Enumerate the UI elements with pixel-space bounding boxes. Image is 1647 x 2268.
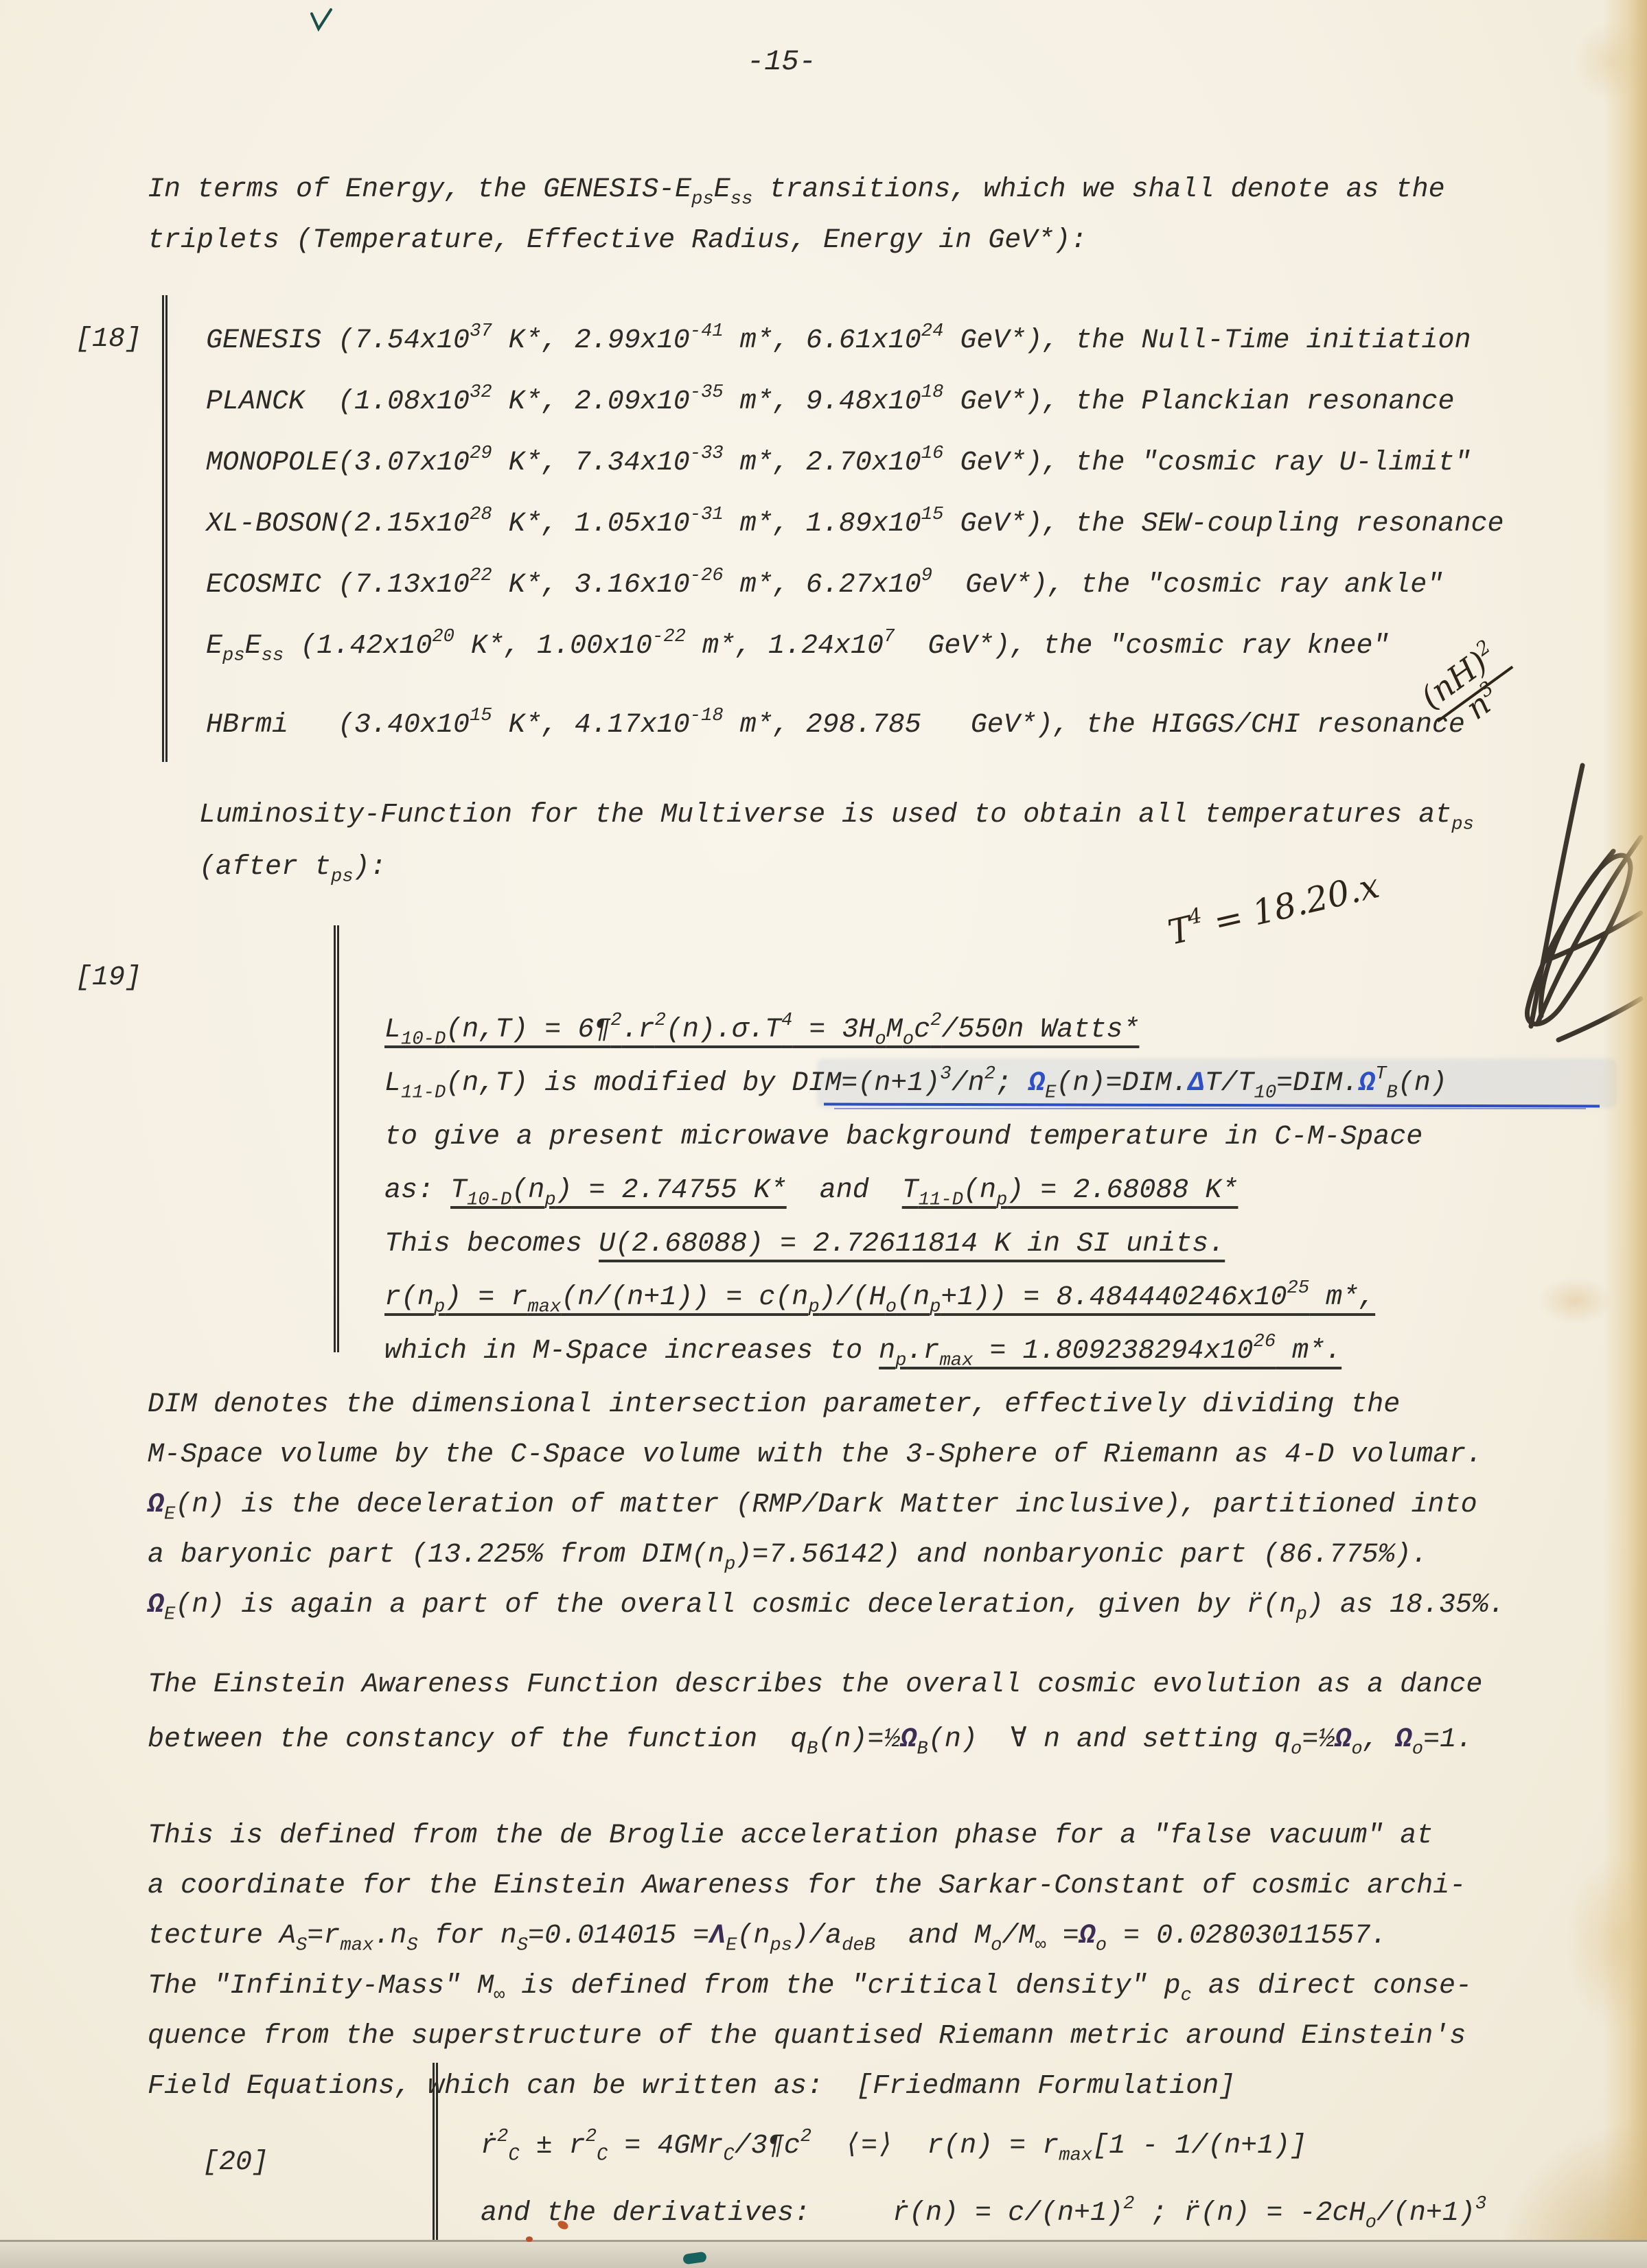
text-line: ΩE(n) is again a part of the overall cos… — [148, 1580, 1505, 1630]
text-line: HBrmi (3.40x1015 K*, 4.17x10-18 m*, 298.… — [206, 695, 1504, 756]
equation-block-20: ṙ2C ± r2C = 4GMrC/3¶c2 ⟨=⟩ r(n) = rmax[1… — [481, 2113, 1486, 2247]
einstein-paragraph: The Einstein Awareness Function describe… — [148, 1658, 1482, 1768]
text-line: tecture AS=rmax.nS for nS=0.014015 =ΛE(n… — [148, 1911, 1472, 1961]
double-rule-18 — [162, 295, 168, 762]
text-line: and the derivatives: ṙ(n) = c/(n+1)2 ; r… — [481, 2180, 1486, 2247]
text-line: Luminosity-Function for the Multiverse i… — [199, 789, 1474, 842]
page-number: -15- — [747, 45, 816, 78]
text-line: which in M-Space increases to np.rmax = … — [384, 1325, 1447, 1378]
text-line: This becomes U(2.68088) = 2.72611814 K i… — [384, 1218, 1447, 1271]
paper-stain — [1538, 1277, 1613, 1325]
text-line: to give a present microwave background t… — [384, 1111, 1447, 1164]
blue-pen-underline — [834, 1108, 1586, 1109]
ink-speck — [526, 2236, 533, 2242]
text-line: MONOPOLE(3.07x1029 K*, 7.34x10-33 m*, 2.… — [206, 432, 1504, 494]
text-line: r(np) = rmax(n/(n+1)) = c(np)/(Ho(np+1))… — [384, 1271, 1447, 1325]
text-line: Field Equations, which can be written as… — [148, 2061, 1472, 2111]
page-edge — [1603, 0, 1647, 2268]
text-line: The Einstein Awareness Function describe… — [148, 1658, 1482, 1713]
check-mark — [308, 8, 338, 38]
text-line: a coordinate for the Einstein Awareness … — [148, 1861, 1472, 1911]
scanned-document-page: -15- In terms of Energy, the GENESIS-Eps… — [0, 0, 1647, 2268]
text-line: as: T10-D(np) = 2.74755 K* and T11-D(np)… — [384, 1164, 1447, 1218]
scan-edge-strip — [0, 2242, 1647, 2268]
equation-label-20: [20] — [203, 2147, 268, 2178]
equation-block-19: L10-D(n,T) = 6¶2.r2(n).σ.T4 = 3HoMoc2/55… — [384, 1004, 1447, 1378]
text-line: a baryonic part (13.225% from DIM(np)=7.… — [148, 1530, 1505, 1580]
text-line: PLANCK (1.08x1032 K*, 2.09x10-35 m*, 9.4… — [206, 371, 1504, 432]
equation-label-19: [19] — [76, 962, 141, 993]
equation-label-18: [18] — [76, 324, 141, 355]
text-line: EpsEss (1.42x1020 K*, 1.00x10-22 m*, 1.2… — [206, 616, 1504, 677]
text-line: This is defined from the de Broglie acce… — [148, 1811, 1472, 1861]
debroglie-paragraph: This is defined from the de Broglie acce… — [148, 1811, 1472, 2111]
text-line: DIM denotes the dimensional intersection… — [148, 1380, 1505, 1430]
text-line: ΩE(n) is the deceleration of matter (RMP… — [148, 1480, 1505, 1530]
text-line: ECOSMIC (7.13x1022 K*, 3.16x10-26 m*, 6.… — [206, 555, 1504, 616]
double-rule-20 — [433, 2063, 438, 2240]
text-line: triplets (Temperature, Effective Radius,… — [148, 216, 1445, 266]
text-line: ṙ2C ± r2C = 4GMrC/3¶c2 ⟨=⟩ r(n) = rmax[1… — [481, 2113, 1486, 2180]
text-line: XL-BOSON(2.15x1028 K*, 1.05x10-31 m*, 1.… — [206, 494, 1504, 555]
text-line: M-Space volume by the C-Space volume wit… — [148, 1430, 1505, 1480]
dim-paragraph: DIM denotes the dimensional intersection… — [148, 1380, 1505, 1630]
text-line: between the constancy of the function qB… — [148, 1713, 1482, 1768]
transition-triplet-list: GENESIS (7.54x1037 K*, 2.99x10-41 m*, 6.… — [206, 310, 1504, 756]
text-line: In terms of Energy, the GENESIS-EpsEss t… — [148, 165, 1445, 216]
text-line: GENESIS (7.54x1037 K*, 2.99x10-41 m*, 6.… — [206, 310, 1504, 371]
double-rule-19 — [334, 925, 339, 1352]
text-line: quence from the superstructure of the qu… — [148, 2011, 1472, 2061]
luminosity-paragraph: Luminosity-Function for the Multiverse i… — [199, 789, 1474, 894]
text-line: The "Infinity-Mass" M∞ is defined from t… — [148, 1961, 1472, 2011]
text-line: L10-D(n,T) = 6¶2.r2(n).σ.T4 = 3HoMoc2/55… — [384, 1004, 1447, 1057]
intro-paragraph: In terms of Energy, the GENESIS-EpsEss t… — [148, 165, 1445, 266]
